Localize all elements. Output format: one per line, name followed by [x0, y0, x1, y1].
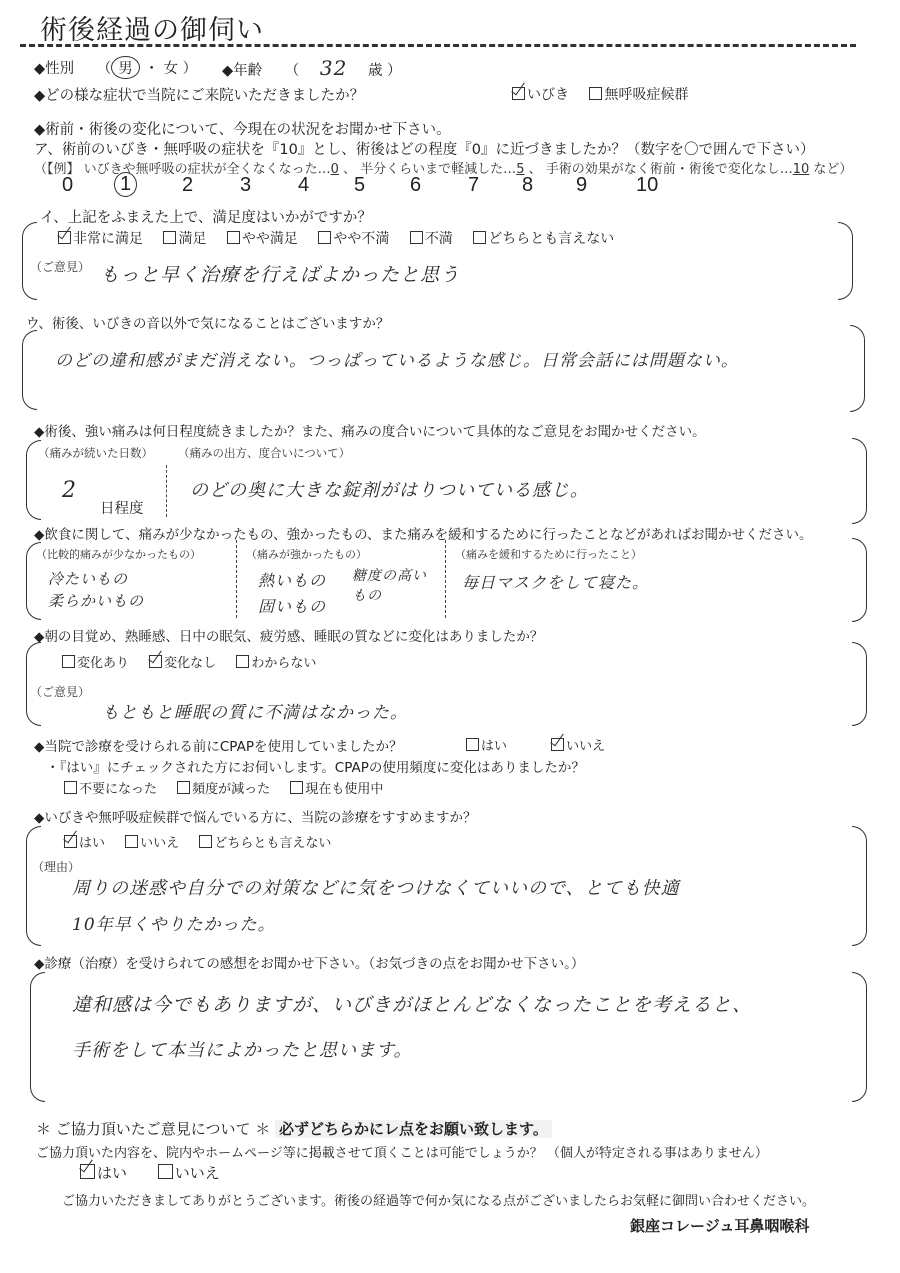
- column-divider: [166, 465, 167, 517]
- consent-options: はい いいえ: [80, 1162, 236, 1183]
- score-4[interactable]: 4: [298, 174, 309, 197]
- consent-heading: ＊ ご協力頂いたご意見について ＊ 必ずどちらかにレ点をお願い致します。: [36, 1118, 552, 1139]
- symptom-option-snoring[interactable]: いびき: [512, 84, 569, 104]
- checkbox-icon[interactable]: [318, 231, 331, 244]
- score-0[interactable]: 0: [62, 174, 73, 197]
- consent-option-yes[interactable]: はい: [80, 1162, 127, 1183]
- cpap-option-no[interactable]: いいえ: [551, 735, 605, 754]
- impression-line-2[interactable]: 手術をして本当によかったと思います。: [72, 1036, 413, 1062]
- title-divider: [20, 44, 856, 47]
- food-relief-answer[interactable]: 毎日マスクをして寝た。: [462, 570, 649, 593]
- age-unit: 歳: [368, 63, 383, 79]
- satisfaction-option-satisfied[interactable]: 満足: [163, 228, 206, 248]
- bracket: [852, 826, 867, 946]
- pain-question: ◆術後、強い痛みは何日程度続きましたか？また、痛みの度合いについて具体的なご意見…: [34, 420, 706, 440]
- bracket: [22, 330, 37, 410]
- bracket: [852, 972, 867, 1102]
- symptom-options: いびき 無呼吸症候群: [512, 84, 704, 104]
- score-1-selected[interactable]: 1: [114, 172, 137, 197]
- symptom-option-apnea[interactable]: 無呼吸症候群: [589, 84, 688, 104]
- satisfaction-option-dissatisfied[interactable]: 不満: [410, 228, 453, 248]
- pain-degree-label: （痛みの出方、度合いについて）: [178, 445, 350, 461]
- bracket: [852, 538, 867, 622]
- checkbox-icon[interactable]: [290, 781, 303, 794]
- satisfaction-opinion-label: （ご意見）: [30, 258, 90, 275]
- gender-option-male[interactable]: 男: [111, 56, 140, 79]
- consent-option-no[interactable]: いいえ: [158, 1162, 220, 1183]
- satisfaction-question: イ、上記をふまえた上で、満足度はいかがですか？: [40, 206, 372, 227]
- cpap-question: ◆当院で診療を受けられる前にCPAPを使用していましたか？: [34, 735, 402, 755]
- checkbox-icon[interactable]: [473, 231, 486, 244]
- checkbox-icon[interactable]: [177, 781, 190, 794]
- bracket: [838, 222, 853, 300]
- sleep-opinion-label: （ご意見）: [30, 683, 90, 700]
- satisfaction-option-neutral[interactable]: どちらとも言えない: [473, 228, 614, 248]
- consent-heading-text: ＊ ご協力頂いたご意見について ＊: [36, 1120, 270, 1138]
- food-col-high-label: （痛みが強かったもの）: [246, 546, 367, 562]
- change-question-a: ア、術前のいびき・無呼吸の症状を『10』とし、術後はどの程度『0』に近づきました…: [34, 138, 815, 159]
- food-low-answer-1[interactable]: 冷たいもの: [48, 568, 128, 589]
- cpap-option-still-using[interactable]: 現在も使用中: [290, 778, 383, 797]
- checkbox-icon[interactable]: [64, 781, 77, 794]
- sleep-question: ◆朝の目覚め、熟睡感、日中の眠気、疲労感、睡眠の質などに変化はありましたか？: [34, 625, 543, 645]
- sleep-option-unknown[interactable]: わからない: [236, 652, 316, 671]
- gender-label: ◆性別: [34, 61, 74, 77]
- pain-days-unit: 日程度: [100, 497, 144, 518]
- cpap-option-reduced[interactable]: 頻度が減った: [177, 778, 270, 797]
- satisfaction-option-very-satisfied[interactable]: 非常に満足: [58, 228, 143, 248]
- food-high-answer-2[interactable]: 固いもの: [258, 594, 326, 617]
- cpap-followup-question: ・『はい』にチェックされた方にお伺いします。CPAPの使用頻度に変化はありました…: [46, 756, 585, 776]
- age-label: ◆年齢: [222, 63, 262, 79]
- recommend-reason-line-1[interactable]: 周りの迷惑や自分での対策などに気をつけなくていいので、とても快適: [72, 874, 680, 900]
- age-field: ◆年齢 （ 32 歳 ）: [222, 56, 402, 80]
- consent-required-note: 必ずどちらかにレ点をお願い致します。: [275, 1120, 552, 1138]
- score-10[interactable]: 10: [636, 174, 658, 197]
- food-high-answer-3[interactable]: 糖度の高いもの: [352, 566, 427, 606]
- food-col-low-label: （比較的痛みが少なかったもの）: [36, 546, 201, 562]
- gender-field: ◆性別 （男 ・ 女 ）: [34, 56, 197, 79]
- food-high-answer-1[interactable]: 熱いもの: [258, 568, 326, 591]
- checkbox-icon[interactable]: [125, 835, 138, 848]
- gender-option-female[interactable]: 女: [163, 61, 178, 77]
- checkbox-icon[interactable]: [589, 87, 602, 100]
- age-value[interactable]: 32: [320, 56, 347, 80]
- pain-days-value[interactable]: 2: [62, 478, 77, 503]
- pain-degree-answer[interactable]: のどの奥に大きな錠剤がはりついている感じ。: [190, 476, 589, 502]
- column-divider: [236, 540, 237, 618]
- satisfaction-option-somewhat-dissatisfied[interactable]: やや不満: [318, 228, 389, 248]
- cpap-options: はい いいえ: [466, 735, 621, 754]
- score-8[interactable]: 8: [522, 174, 533, 197]
- satisfaction-option-somewhat-satisfied[interactable]: やや満足: [227, 228, 298, 248]
- column-divider: [445, 540, 446, 618]
- satisfaction-opinion-text[interactable]: もっと早く治療を行えばよかったと思う: [100, 260, 460, 287]
- recommend-reason-line-2[interactable]: 10年早くやりたかった。: [72, 910, 276, 935]
- cpap-option-yes[interactable]: はい: [466, 735, 507, 754]
- change-heading: ◆術前・術後の変化について、今現在の状況をお聞かせ下さい。: [34, 118, 451, 139]
- sleep-options: 変化あり 変化なし わからない: [62, 652, 332, 671]
- page-title: 術後経過の御伺い: [40, 8, 264, 47]
- checkbox-icon[interactable]: [410, 231, 423, 244]
- recommend-option-no[interactable]: いいえ: [125, 832, 179, 851]
- checkbox-icon[interactable]: [551, 738, 564, 751]
- recommend-question: ◆いびきや無呼吸症候群で悩んでいる方に、当院の診療をすすめますか？: [34, 806, 477, 826]
- sleep-option-changed[interactable]: 変化あり: [62, 652, 129, 671]
- bracket: [850, 325, 865, 412]
- food-low-answer-2[interactable]: 柔らかいもの: [48, 590, 144, 611]
- recommend-option-yes[interactable]: はい: [64, 832, 105, 851]
- checkbox-icon[interactable]: [80, 1164, 95, 1179]
- food-col-relief-label: （痛みを緩和するために行ったこと）: [455, 546, 642, 562]
- cpap-followup-options: 不要になった 頻度が減った 現在も使用中: [64, 778, 399, 797]
- checkbox-icon[interactable]: [58, 231, 71, 244]
- thanks-message: ご協力いただきましてありがとうございます。術後の経過等で何か気になる点がございま…: [62, 1190, 815, 1209]
- other-concern-answer[interactable]: のどの違和感がまだ消えない。つっぱっているような感じ。日常会話には問題ない。: [55, 346, 739, 371]
- score-7[interactable]: 7: [468, 174, 479, 197]
- impression-question: ◆診療（治療）を受けられての感想をお聞かせ下さい。（お気づきの点をお聞かせ下さい…: [34, 952, 584, 972]
- score-6[interactable]: 6: [410, 174, 421, 197]
- cpap-option-unnecessary[interactable]: 不要になった: [64, 778, 157, 797]
- impression-line-1[interactable]: 違和感は今でもありますが、いびきがほとんどなくなったことを考えると、: [72, 990, 752, 1017]
- bracket: [26, 826, 41, 946]
- consent-question: ご協力頂いた内容を、院内やホームページ等に掲載させて頂くことは可能でしょうか？ …: [36, 1142, 768, 1161]
- sleep-opinion-text[interactable]: もともと睡眠の質に不満はなかった。: [102, 698, 408, 723]
- score-scale: 0 1 2 3 4 5 6 7 8 9 10: [62, 174, 682, 200]
- satisfaction-options: 非常に満足 満足 やや満足 やや不満 不満 どちらとも言えない: [58, 228, 630, 248]
- bracket: [852, 438, 867, 524]
- checkbox-icon[interactable]: [199, 835, 212, 848]
- score-2[interactable]: 2: [182, 174, 193, 197]
- checkbox-icon[interactable]: [466, 738, 479, 751]
- recommend-reason-label: （理由）: [32, 858, 80, 875]
- symptom-question: ◆どの様な症状で当院にご来院いただきましたか？: [34, 84, 364, 105]
- recommend-option-neutral[interactable]: どちらとも言えない: [199, 832, 331, 851]
- checkbox-icon[interactable]: [64, 835, 77, 848]
- checkbox-icon[interactable]: [158, 1164, 173, 1179]
- recommend-options: はい いいえ どちらとも言えない: [64, 832, 347, 851]
- score-5[interactable]: 5: [354, 174, 365, 197]
- checkbox-icon[interactable]: [227, 231, 240, 244]
- score-9[interactable]: 9: [576, 174, 587, 197]
- checkbox-icon[interactable]: [149, 655, 162, 668]
- checkbox-icon[interactable]: [62, 655, 75, 668]
- food-question: ◆飲食に関して、痛みが少なかったもの、強かったもの、また痛みを緩和するために行っ…: [34, 523, 813, 543]
- clinic-name: 銀座コレージュ耳鼻咽喉科: [630, 1215, 809, 1236]
- bracket: [852, 642, 867, 726]
- checkbox-icon[interactable]: [512, 87, 525, 100]
- pain-days-label: （痛みが続いた日数）: [38, 445, 153, 461]
- checkbox-icon[interactable]: [163, 231, 176, 244]
- other-concern-question: ウ、術後、いびきの音以外で気になることはございますか？: [26, 312, 389, 332]
- sleep-option-no-change[interactable]: 変化なし: [149, 652, 216, 671]
- score-3[interactable]: 3: [240, 174, 251, 197]
- bracket: [30, 972, 45, 1102]
- checkbox-icon[interactable]: [236, 655, 249, 668]
